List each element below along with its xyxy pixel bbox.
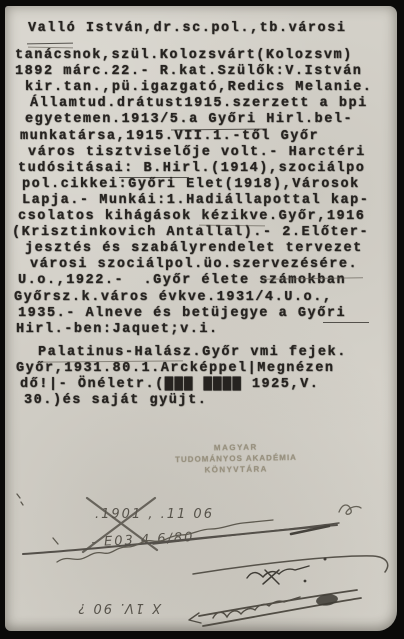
crossed-out-vallo-signature [189,590,361,626]
pencil-corner-note: X 1V. 90 ? [76,600,162,615]
strike-line-middle [193,556,388,584]
pencil-numbers-1: .1901 , .11 06 [95,507,214,522]
catalog-card: Valló István,dr.sc.pol.,tb.városi tanács… [5,6,397,631]
pencil-annotations: .1901 , .11 06 - E03 4 6/80 X 1V [5,6,397,631]
